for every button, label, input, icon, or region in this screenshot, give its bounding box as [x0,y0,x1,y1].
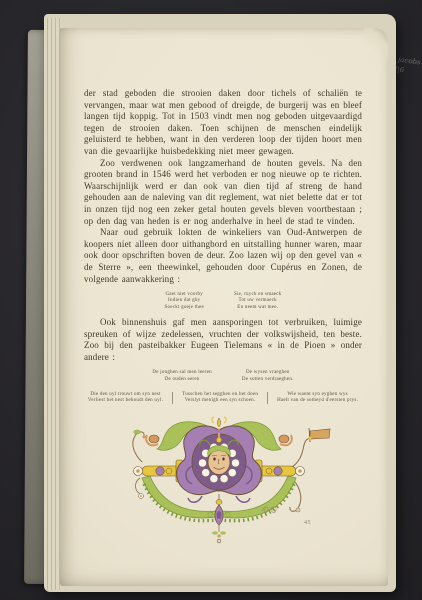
verse-column: Gaet niet voorby Indien dat ghy Soeckt g… [164,292,204,311]
verse-column: De jonghen sal men leeren De ouden eeren [152,370,212,383]
page-number: 45 [304,520,311,526]
verse-line: Haelt van de sotheyd d'eersten prys. [277,398,358,404]
tendril-left [133,431,144,461]
column-divider [267,392,268,404]
verse-line: Indien dat ghy [164,298,204,304]
verse-line: De wysen vraeghen [242,370,294,376]
yellow-volute [134,460,184,482]
proverb-column: Wie waent syn eyghen wys Haelt van de so… [277,392,358,405]
verse-line: De ouden eeren [152,377,212,383]
verse-column: De wysen vraeghen De sotten verdraeghen. [242,370,294,383]
mask-medallion [192,433,246,490]
verse-pioen: De jonghen sal men leeren De ouden eeren… [84,370,362,383]
verse-line: En neem wat mee. [234,305,282,311]
verse-sterre: Gaet niet voorby Indien dat ghy Soeckt g… [84,292,362,311]
verse-line: Verliest het nest behoudt den uyl. [88,398,163,404]
ornament-container: 45 [114,414,350,556]
page-corner-fold [364,28,388,60]
body-paragraph: Zoo verdwenen ook langzamerhand de houte… [84,158,362,228]
photo-backdrop: c. jacobs 12|6 der stad geboden die stro… [0,0,422,600]
grotesque-mask-ornament [114,414,350,556]
body-paragraph: der stad geboden die strooien daken door… [84,88,362,158]
verse-line: Verslyt menigh een syn schoen. [182,398,258,404]
proverb-row: Die den uyl trouwt om syn nest Verliest … [84,392,362,405]
banner-flag [310,429,330,439]
text-block: der stad geboden die strooien daken door… [60,28,388,405]
body-paragraph: Ook binnenshuis gaf men aansporingen tot… [84,317,362,363]
verse-line: Tot uw vermaeck [234,298,282,304]
body-paragraph: Naar oud gebruik lokten de winkeliers va… [84,227,362,285]
verse-column: Sie, ruyck en smaeck Tot uw vermaeck En … [234,292,282,311]
pendant-drop [208,494,230,543]
verse-line: Soeckt goeje thee [164,305,204,311]
column-divider [172,392,173,404]
proverb-column: Tusschen het segghen en het doen Verslyt… [182,392,258,405]
verse-line: De jonghen sal men leeren [152,370,212,376]
book-page: der stad geboden die strooien daken door… [60,28,388,586]
proverb-column: Die den uyl trouwt om syn nest Verliest … [88,392,163,405]
verse-line: De sotten verdraeghen. [242,377,294,383]
